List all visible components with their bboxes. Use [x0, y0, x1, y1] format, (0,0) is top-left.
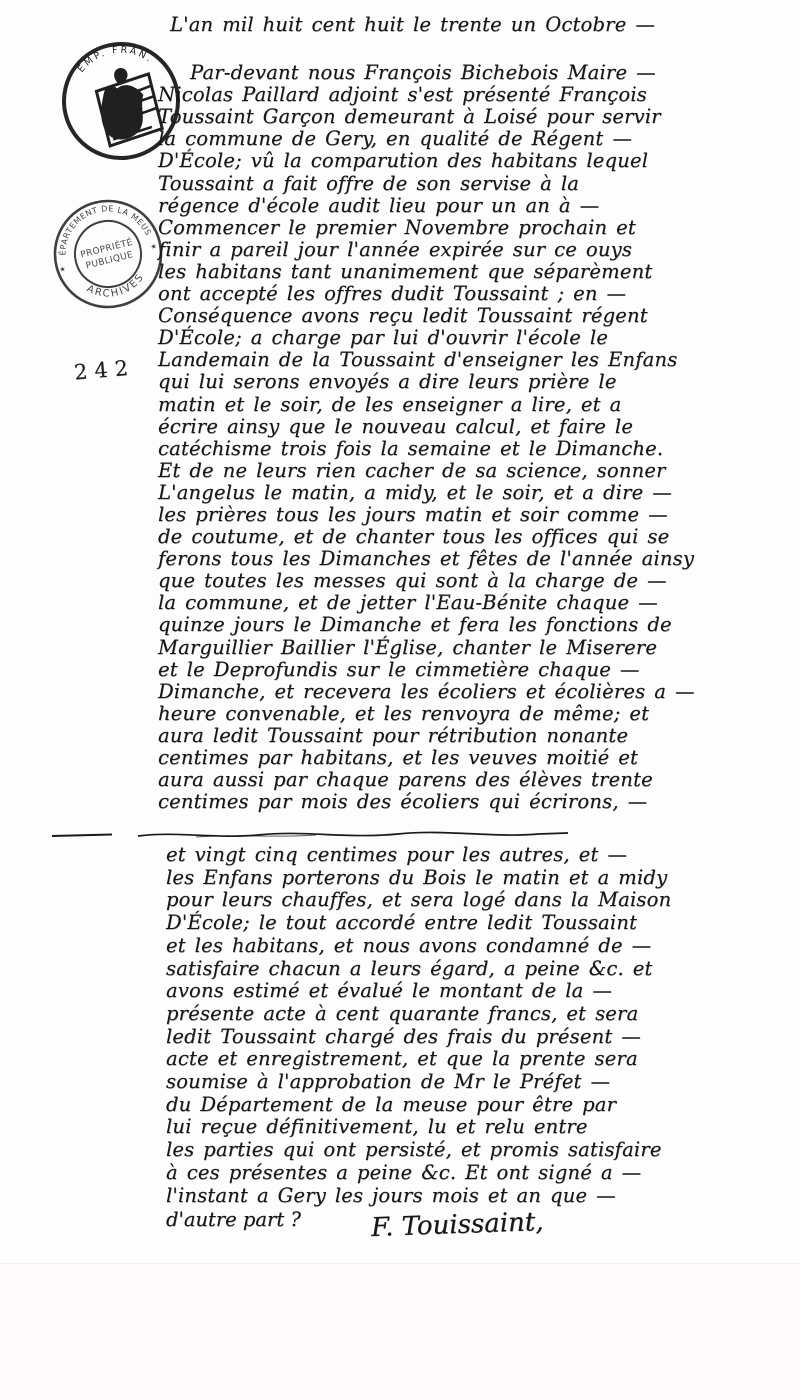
- manuscript-line: aura ledit Toussaint pour rétribution no…: [158, 725, 695, 747]
- manuscript-line: la commune de Gery, en qualité de Régent…: [158, 128, 695, 150]
- manuscript-line: Nicolas Paillard adjoint s'est présenté …: [158, 84, 695, 106]
- closing-text: d'autre part ?: [166, 1208, 301, 1231]
- manuscript-line: régence d'école audit lieu pour un an à …: [158, 195, 695, 217]
- manuscript-line: finir a pareil jour l'année expirée sur …: [158, 239, 695, 261]
- seal-figure-icon: [94, 63, 164, 146]
- archives-star-right-icon: ★: [150, 242, 158, 251]
- manuscript-line: la commune, et de jetter l'Eau-Bénite ch…: [158, 592, 695, 614]
- manuscript-line: satisfaire chacun a leurs égard, a peine…: [166, 958, 671, 981]
- manuscript-line: quinze jours le Dimanche et fera les fon…: [158, 614, 695, 636]
- manuscript-line: L'angelus le matin, a midy, et le soir, …: [158, 482, 695, 504]
- manuscript-line: heure convenable, et les renvoyra de mêm…: [158, 703, 695, 725]
- manuscript-line: Commencer le premier Novembre prochain e…: [158, 217, 695, 239]
- manuscript-block-2: et vingt cinq centimes pour les autres, …: [166, 844, 671, 1207]
- manuscript-line: Et de ne leurs rien cacher de sa science…: [158, 460, 695, 482]
- manuscript-line: Landemain de la Toussaint d'enseigner le…: [158, 349, 695, 371]
- manuscript-line: ferons tous les Dimanches et fêtes de l'…: [158, 548, 695, 570]
- scan-edge-band: [0, 1263, 800, 1400]
- manuscript-line: et le Deprofundis sur le cimmetière chaq…: [158, 659, 695, 681]
- manuscript-line: Par-devant nous François Bichebois Maire…: [190, 62, 695, 84]
- manuscript-line: pour leurs chauffes, et sera logé dans l…: [166, 889, 671, 912]
- manuscript-line: Marguillier Baillier l'Église, chanter l…: [158, 637, 695, 659]
- page-number: 242: [73, 355, 136, 384]
- manuscript-line: D'École; le tout accordé entre ledit Tou…: [166, 912, 671, 935]
- manuscript-line: matin et le soir, de les enseigner a lir…: [158, 394, 695, 416]
- manuscript-line: les parties qui ont persisté, et promis …: [166, 1139, 671, 1162]
- manuscript-line: ont accepté les offres dudit Toussaint ;…: [158, 283, 695, 305]
- manuscript-line: lui reçue définitivement, lu et relu ent…: [166, 1116, 671, 1139]
- manuscript-line: soumise à l'approbation de Mr le Préfet …: [166, 1071, 671, 1094]
- manuscript-line: à ces présentes a peine &c. Et ont signé…: [166, 1162, 671, 1185]
- manuscript-line: avons estimé et évalué le montant de la …: [166, 980, 671, 1003]
- manuscript-line: aura aussi par chaque parens des élèves …: [158, 769, 695, 791]
- manuscript-line: ledit Toussaint chargé des frais du prés…: [166, 1026, 671, 1049]
- manuscript-line: du Département de la meuse pour être par: [166, 1094, 671, 1117]
- manuscript-line: et les habitans, et nous avons condamné …: [166, 935, 671, 958]
- scanned-manuscript-page: EMP. FRAN. DÉPARTEMENT DE LA MEUSE ARCHI…: [0, 0, 800, 1400]
- manuscript-line: D'École; a charge par lui d'ouvrir l'éco…: [158, 327, 695, 349]
- manuscript-line: écrire ainsy que le nouveau calcul, et f…: [158, 416, 695, 438]
- closing-row: d'autre part ? F. Touissaint,: [166, 1208, 543, 1240]
- section-separator-rule: [46, 826, 576, 844]
- svg-text:ARCHIVES: ARCHIVES: [83, 270, 150, 306]
- manuscript-line: de coutume, et de chanter tous les offic…: [158, 526, 695, 548]
- manuscript-line: Conséquence avons reçu ledit Toussaint r…: [158, 305, 695, 327]
- manuscript-line: l'instant a Gery les jours mois et an qu…: [166, 1185, 671, 1208]
- manuscript-line: centimes par habitans, et les veuves moi…: [158, 747, 695, 769]
- manuscript-line: présente acte à cent quarante francs, et…: [166, 1003, 671, 1026]
- manuscript-line: D'École; vû la comparution des habitans …: [158, 150, 695, 172]
- manuscript-line: centimes par mois des écoliers qui écrir…: [158, 791, 695, 813]
- manuscript-line: les prières tous les jours matin et soir…: [158, 504, 695, 526]
- manuscript-line: les Enfans porterons du Bois le matin et…: [166, 867, 671, 890]
- manuscript-line: et vingt cinq centimes pour les autres, …: [166, 844, 671, 867]
- manuscript-line: qui lui serons envoyés a dire leurs priè…: [158, 371, 695, 393]
- manuscript-line: Toussaint a fait offre de son servise à …: [158, 173, 695, 195]
- manuscript-line: acte et enregistrement, et que la prente…: [166, 1048, 671, 1071]
- manuscript-line: Dimanche, et recevera les écoliers et éc…: [158, 681, 695, 703]
- signature: F. Touissaint,: [370, 1207, 543, 1243]
- archives-star-left-icon: ★: [59, 265, 67, 274]
- manuscript-block-1: L'an mil huit cent huit le trente un Oct…: [158, 14, 695, 813]
- manuscript-line: L'an mil huit cent huit le trente un Oct…: [170, 14, 695, 36]
- archives-arc-bottom-text: ARCHIVES: [83, 270, 150, 306]
- manuscript-line: catéchisme trois fois la semaine et le D…: [158, 438, 695, 460]
- manuscript-line: que toutes les messes qui sont à la char…: [158, 570, 695, 592]
- manuscript-line: Toussaint Garçon demeurant à Loisé pour …: [158, 106, 695, 128]
- manuscript-line: les habitans tant unanimement que séparè…: [158, 261, 695, 283]
